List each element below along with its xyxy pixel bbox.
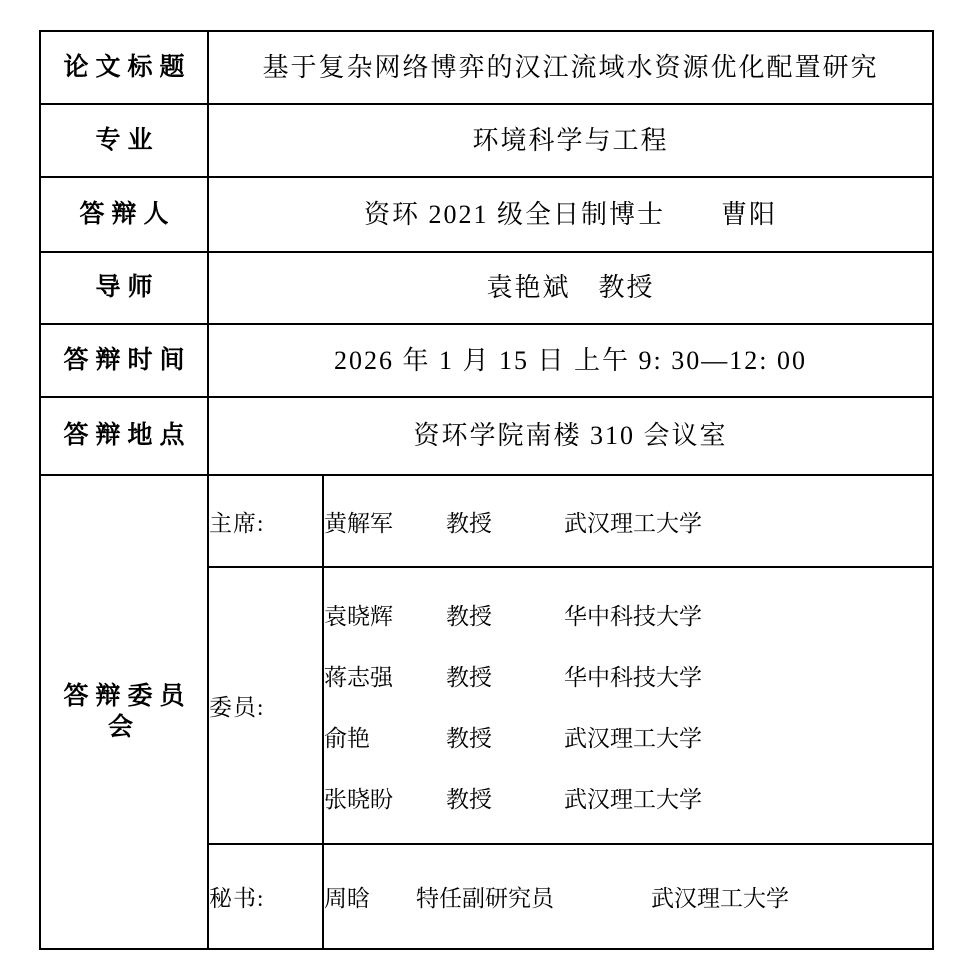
- role-text: 主席:: [209, 511, 264, 536]
- row-value-defender: 资环 2021 级全日制博士 曹阳: [208, 177, 933, 252]
- value-text: 资环学院南楼 310 会议室: [414, 421, 728, 450]
- member-title: 教授: [446, 598, 564, 631]
- role-text: 秘书:: [209, 886, 264, 911]
- committee-member-row: 俞艳 教授 武汉理工大学: [324, 706, 932, 767]
- member-org: 武汉理工大学: [564, 781, 932, 814]
- committee-member-row: 袁晓辉 教授 华中科技大学: [324, 584, 932, 645]
- member-title: 教授: [446, 505, 564, 538]
- committee-secretary-cell: 周晗 特任副研究员 武汉理工大学: [323, 844, 933, 949]
- member-org: 武汉理工大学: [564, 505, 932, 538]
- member-title: 教授: [446, 720, 564, 753]
- row-defense-time: 答辩时间 2026 年 1 月 15 日 上午 9: 30—12: 00: [40, 324, 933, 397]
- member-name: 周晗: [324, 880, 416, 913]
- member-org: 武汉理工大学: [564, 720, 932, 753]
- row-major: 专业 环境科学与工程: [40, 104, 933, 177]
- defense-announcement-page: 论文标题 基于复杂网络博弈的汉江流域水资源优化配置研究 专业 环境科学与工程 答…: [0, 0, 960, 978]
- value-text: 资环 2021 级全日制博士 曹阳: [364, 200, 777, 229]
- row-label-committee: 答辩委员会: [40, 475, 208, 949]
- member-title: 教授: [446, 781, 564, 814]
- label-text: 答辩地点: [63, 422, 191, 449]
- value-text: 基于复杂网络博弈的汉江流域水资源优化配置研究: [263, 53, 879, 82]
- row-label-defense-location: 答辩地点: [40, 397, 208, 475]
- committee-member-row: 黄解军 教授 武汉理工大学: [324, 505, 932, 538]
- member-title: 特任副研究员: [416, 880, 651, 913]
- committee-chair-cell: 黄解军 教授 武汉理工大学: [323, 475, 933, 567]
- value-text: 环境科学与工程: [473, 126, 669, 155]
- member-name: 张晓盼: [324, 781, 446, 814]
- row-label-thesis-title: 论文标题: [40, 31, 208, 104]
- member-title: 教授: [446, 659, 564, 692]
- label-text: 论文标题: [63, 54, 191, 81]
- member-name: 俞艳: [324, 720, 446, 753]
- value-text: 2026 年 1 月 15 日 上午 9: 30—12: 00: [334, 346, 807, 375]
- row-value-advisor: 袁艳斌 教授: [208, 252, 933, 324]
- row-committee-chair: 答辩委员会 主席: 黄解军 教授 武汉理工大学: [40, 475, 933, 567]
- role-text: 委员:: [209, 695, 264, 720]
- committee-member-row: 蒋志强 教授 华中科技大学: [324, 645, 932, 706]
- row-defender: 答辩人 资环 2021 级全日制博士 曹阳: [40, 177, 933, 252]
- defense-info-table: 论文标题 基于复杂网络博弈的汉江流域水资源优化配置研究 专业 环境科学与工程 答…: [39, 30, 934, 950]
- label-text: 导师: [95, 274, 159, 301]
- committee-role-secretary: 秘书:: [208, 844, 323, 949]
- row-label-defense-time: 答辩时间: [40, 324, 208, 397]
- member-name: 黄解军: [324, 505, 446, 538]
- row-value-defense-location: 资环学院南楼 310 会议室: [208, 397, 933, 475]
- member-org: 华中科技大学: [564, 598, 932, 631]
- row-label-defender: 答辩人: [40, 177, 208, 252]
- committee-role-members: 委员:: [208, 567, 323, 844]
- row-defense-location: 答辩地点 资环学院南楼 310 会议室: [40, 397, 933, 475]
- member-org: 武汉理工大学: [651, 880, 932, 913]
- label-text: 答辩委员会: [63, 683, 191, 741]
- committee-member-row: 周晗 特任副研究员 武汉理工大学: [324, 880, 932, 913]
- row-value-major: 环境科学与工程: [208, 104, 933, 177]
- member-org: 华中科技大学: [564, 659, 932, 692]
- value-text: 袁艳斌 教授: [487, 273, 655, 302]
- label-text: 答辩时间: [63, 347, 191, 374]
- committee-member-row: 张晓盼 教授 武汉理工大学: [324, 767, 932, 828]
- row-label-major: 专业: [40, 104, 208, 177]
- member-name: 袁晓辉: [324, 598, 446, 631]
- row-label-advisor: 导师: [40, 252, 208, 324]
- committee-members-list: 袁晓辉 教授 华中科技大学 蒋志强 教授 华中科技大学 俞艳 教授 武汉理工大学: [324, 584, 932, 828]
- row-value-thesis-title: 基于复杂网络博弈的汉江流域水资源优化配置研究: [208, 31, 933, 104]
- member-name: 蒋志强: [324, 659, 446, 692]
- row-advisor: 导师 袁艳斌 教授: [40, 252, 933, 324]
- committee-members-cell: 袁晓辉 教授 华中科技大学 蒋志强 教授 华中科技大学 俞艳 教授 武汉理工大学: [323, 567, 933, 844]
- committee-role-chair: 主席:: [208, 475, 323, 567]
- row-value-defense-time: 2026 年 1 月 15 日 上午 9: 30—12: 00: [208, 324, 933, 397]
- row-thesis-title: 论文标题 基于复杂网络博弈的汉江流域水资源优化配置研究: [40, 31, 933, 104]
- label-text: 专业: [95, 127, 159, 154]
- label-text: 答辩人: [79, 201, 175, 228]
